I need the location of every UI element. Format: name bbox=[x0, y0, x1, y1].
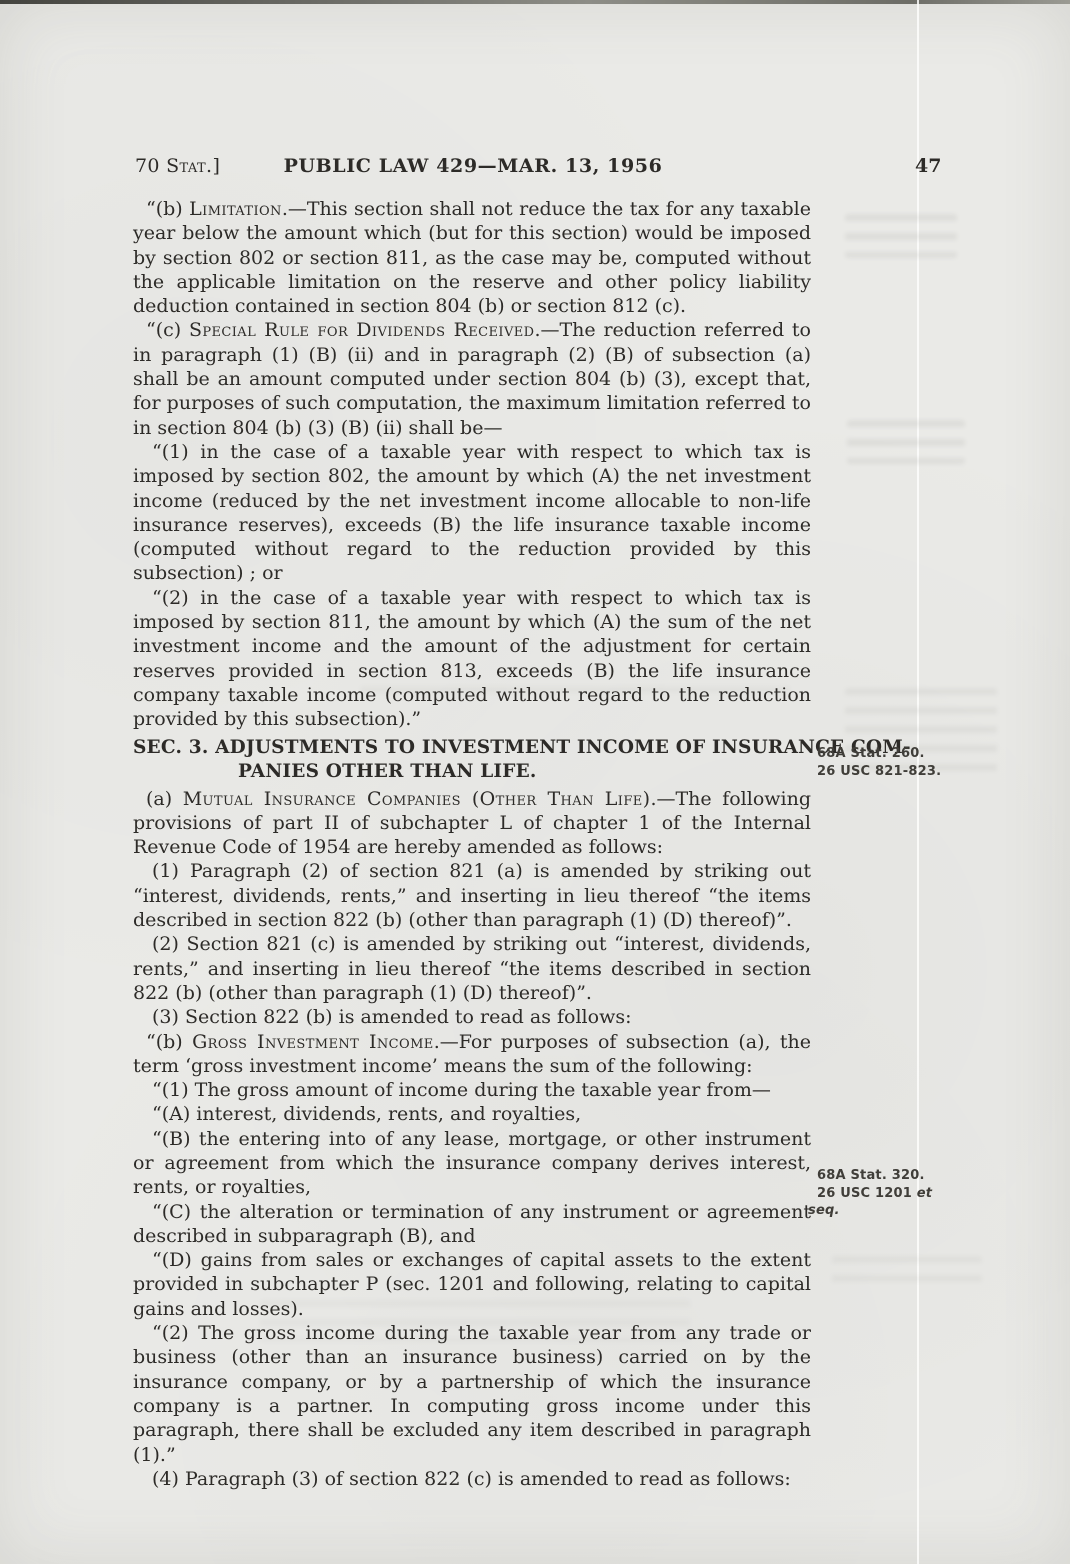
margin-citation-usc-821-823: 68A Stat. 260. 26 USC 821-823. bbox=[817, 745, 1012, 780]
paragraph-text: (1) Paragraph (2) of section 821 (a) is … bbox=[133, 860, 811, 931]
paragraph-c-special-rule: “(c) Special Rule for Dividends Received… bbox=[133, 318, 811, 439]
scan-top-edge bbox=[0, 0, 1070, 4]
paragraph-text: “(A) interest, dividends, rents, and roy… bbox=[152, 1103, 581, 1125]
amendment-4: (4) Paragraph (3) of section 822 (c) is … bbox=[133, 1467, 811, 1491]
subparagraph-d: “(D) gains from sales or exchanges of ca… bbox=[133, 1248, 811, 1321]
paragraph-text: (4) Paragraph (3) of section 822 (c) is … bbox=[152, 1468, 791, 1490]
amendment-2: (2) Section 821 (c) is amended by striki… bbox=[133, 932, 811, 1005]
running-title: PUBLIC LAW 429—MAR. 13, 1956 bbox=[135, 155, 811, 177]
citation-line: 26 USC 821-823. bbox=[817, 763, 1012, 781]
paragraph-text: “(1) The gross amount of income during t… bbox=[152, 1079, 771, 1101]
section-3-heading: SEC. 3. ADJUSTMENTS TO INVESTMENT INCOME… bbox=[133, 736, 811, 785]
section-heading-line1: SEC. 3. ADJUSTMENTS TO INVESTMENT INCOME… bbox=[133, 736, 811, 761]
citation-line: seq. bbox=[808, 1202, 1012, 1220]
citation-line: 26 USC 1201 et bbox=[817, 1185, 1012, 1203]
paragraph-text: (2) Section 821 (c) is amended by striki… bbox=[133, 933, 811, 1004]
smallcaps-lead: Limitation bbox=[189, 198, 282, 220]
paragraph-text: “(1) in the case of a taxable year with … bbox=[133, 441, 811, 584]
margin-citation-usc-1201: 68A Stat. 320. 26 USC 1201 et seq. bbox=[817, 1167, 1012, 1220]
paragraph-text: “(2) The gross income during the taxable… bbox=[133, 1322, 811, 1465]
citation-text-italic: et bbox=[917, 1186, 932, 1201]
page-header: 70 Stat.] PUBLIC LAW 429—MAR. 13, 1956 4… bbox=[135, 155, 945, 181]
paragraph-text: “(D) gains from sales or exchanges of ca… bbox=[133, 1249, 811, 1320]
citation-line: 68A Stat. 320. bbox=[817, 1167, 1012, 1185]
paragraph-label: (a) bbox=[146, 788, 183, 810]
clause-gross-1: “(1) The gross amount of income during t… bbox=[133, 1078, 811, 1102]
smallcaps-lead: Special Rule for Dividends Received bbox=[189, 319, 535, 341]
amendment-3: (3) Section 822 (b) is amended to read a… bbox=[133, 1005, 811, 1029]
bleedthrough-smudge bbox=[832, 1256, 982, 1294]
citation-line: 68A Stat. 260. bbox=[817, 745, 1012, 763]
paragraph-label: “(b) bbox=[146, 198, 189, 220]
paragraph-b-limitation: “(b) Limitation.—This section shall not … bbox=[133, 197, 811, 318]
subparagraph-b: “(B) the entering into of any lease, mor… bbox=[133, 1127, 811, 1200]
smallcaps-lead: Gross Investment Income bbox=[192, 1031, 434, 1053]
paragraph-text: “(B) the entering into of any lease, mor… bbox=[133, 1128, 811, 1199]
amendment-1: (1) Paragraph (2) of section 821 (a) is … bbox=[133, 859, 811, 932]
clause-c-1: “(1) in the case of a taxable year with … bbox=[133, 440, 811, 586]
statute-text-column: “(b) Limitation.—This section shall not … bbox=[133, 197, 811, 1491]
page-number: 47 bbox=[915, 155, 941, 177]
bleedthrough-smudge bbox=[847, 420, 965, 464]
subparagraph-c: “(C) the alteration or termination of an… bbox=[133, 1200, 811, 1249]
paragraph-label: “(b) bbox=[146, 1031, 192, 1053]
subparagraph-a: “(A) interest, dividends, rents, and roy… bbox=[133, 1102, 811, 1126]
citation-text: 26 USC 1201 bbox=[817, 1186, 917, 1201]
smallcaps-lead: Mutual Insurance Companies (Other Than L… bbox=[183, 788, 651, 810]
paragraph-text: “(C) the alteration or termination of an… bbox=[133, 1201, 811, 1247]
clause-c-2: “(2) in the case of a taxable year with … bbox=[133, 586, 811, 732]
citation-text-italic: seq. bbox=[808, 1203, 840, 1218]
paragraph-a-mutual-insurance: (a) Mutual Insurance Companies (Other Th… bbox=[133, 787, 811, 860]
section-heading-line2: PANIES OTHER THAN LIFE. bbox=[133, 760, 811, 785]
paragraph-b-gross-investment-income: “(b) Gross Investment Income.—For purpos… bbox=[133, 1030, 811, 1079]
bleedthrough-smudge bbox=[845, 214, 957, 258]
paragraph-text: “(2) in the case of a taxable year with … bbox=[133, 587, 811, 730]
paragraph-label: “(c) bbox=[146, 319, 189, 341]
document-page: 70 Stat.] PUBLIC LAW 429—MAR. 13, 1956 4… bbox=[0, 0, 1070, 1564]
clause-gross-2: “(2) The gross income during the taxable… bbox=[133, 1321, 811, 1467]
paragraph-text: (3) Section 822 (b) is amended to read a… bbox=[152, 1006, 631, 1028]
